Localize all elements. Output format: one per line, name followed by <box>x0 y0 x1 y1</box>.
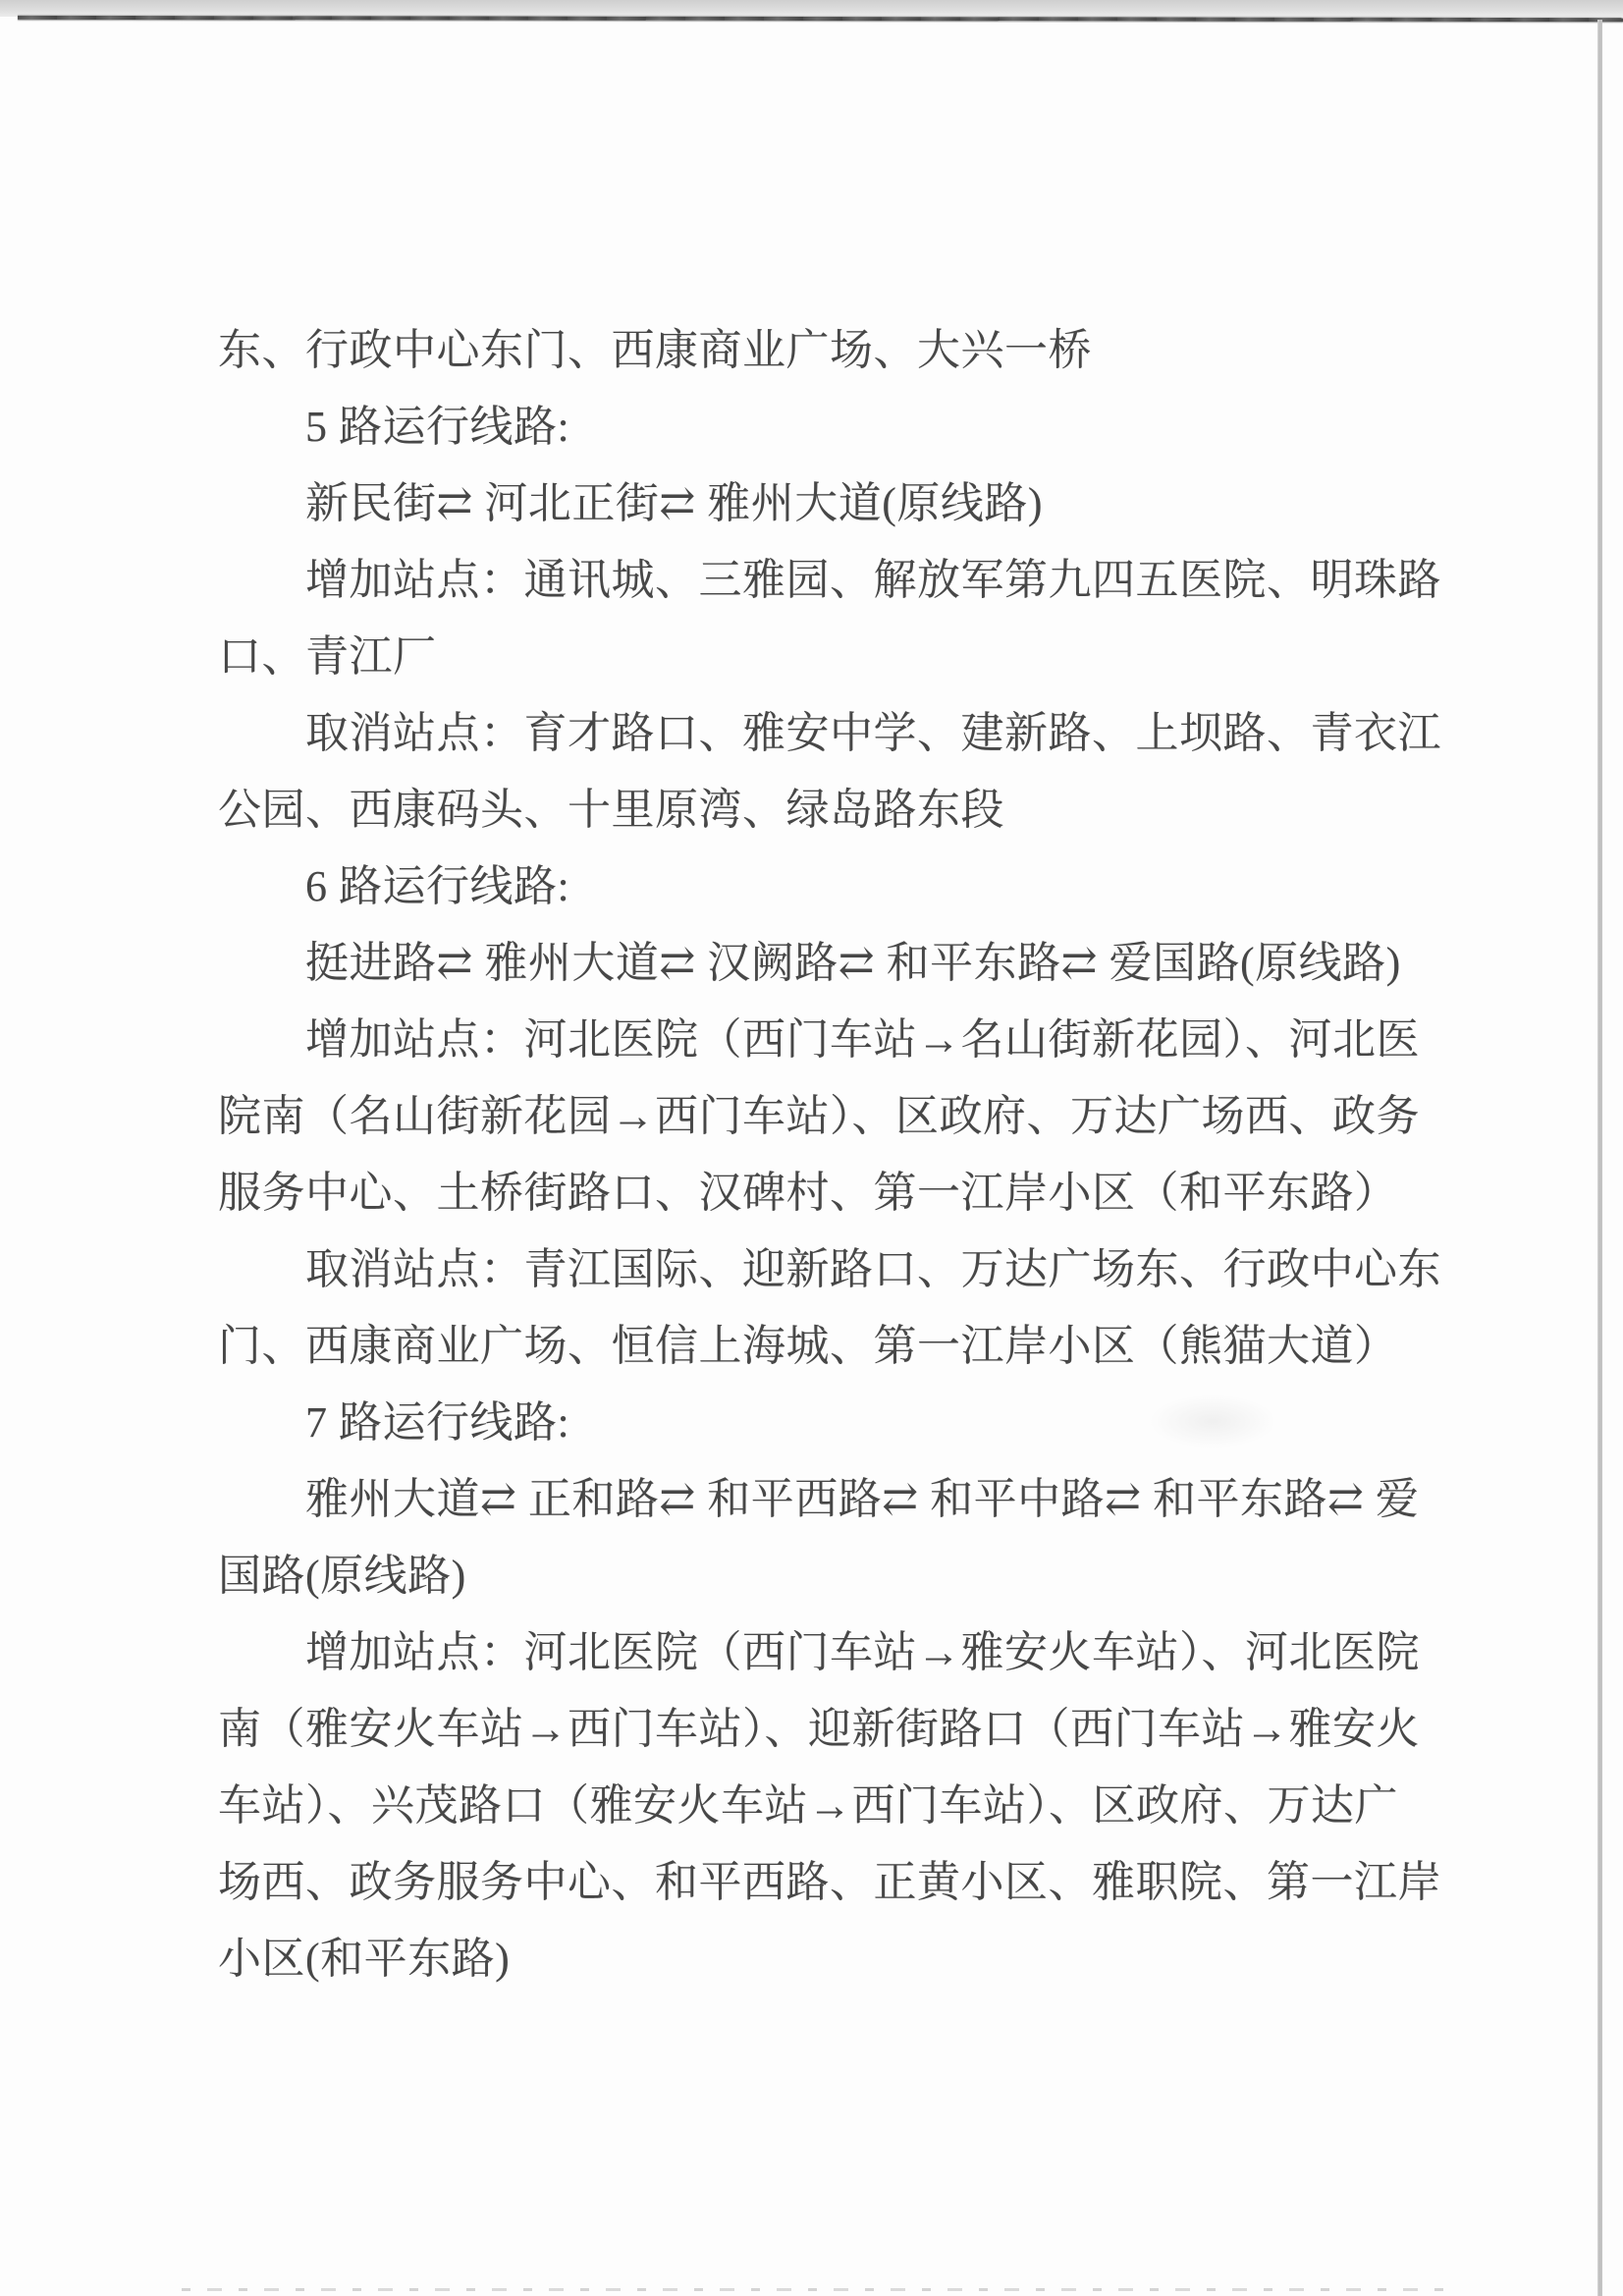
text-line: 服务中心、土桥街路口、汉碑村、第一江岸小区（和平东路） <box>218 1155 1432 1231</box>
scan-top-edge-band <box>0 0 1623 17</box>
text-line: 口、青江厂 <box>218 619 1432 695</box>
text-line-route5-heading: 5 路运行线路: <box>218 389 1432 465</box>
text-line: 东、行政中心东门、西康商业广场、大兴一桥 <box>218 312 1432 389</box>
text-line-route5-removed-stops: 取消站点：育才路口、雅安中学、建新路、上坝路、青衣江 <box>218 695 1432 772</box>
text-line: 场西、政务服务中心、和平西路、正黄小区、雅职院、第一江岸 <box>218 1844 1432 1921</box>
text-line-route7-heading: 7 路运行线路: <box>218 1385 1432 1461</box>
text-line-route6-heading: 6 路运行线路: <box>218 848 1432 925</box>
scan-bottom-dotted-line <box>182 2288 1458 2291</box>
text-line-route7-added-stops: 增加站点：河北医院（西门车站→雅安火车站）、河北医院 <box>218 1614 1432 1691</box>
body-text: 东、行政中心东门、西康商业广场、大兴一桥 5 路运行线路: 新民街⇄ 河北正街⇄… <box>218 312 1432 1997</box>
text-line-route5-added-stops: 增加站点：通讯城、三雅园、解放军第九四五医院、明珠路 <box>218 542 1432 619</box>
text-line: 国路(原线路) <box>218 1538 1432 1614</box>
scan-right-edge-line <box>1597 20 1602 2296</box>
text-line: 南（雅安火车站→西门车站）、迎新街路口（西门车站→雅安火 <box>218 1691 1432 1768</box>
text-line: 门、西康商业广场、恒信上海城、第一江岸小区（熊猫大道） <box>218 1308 1432 1385</box>
text-line-route6-route: 挺进路⇄ 雅州大道⇄ 汉阙路⇄ 和平东路⇄ 爱国路(原线路) <box>218 925 1432 1002</box>
text-line-route6-removed-stops: 取消站点：青江国际、迎新路口、万达广场东、行政中心东 <box>218 1231 1432 1308</box>
text-line: 小区(和平东路) <box>218 1921 1432 1997</box>
text-line: 车站）、兴茂路口（雅安火车站→西门车站）、区政府、万达广 <box>218 1768 1432 1844</box>
text-line-route6-added-stops: 增加站点：河北医院（西门车站→名山街新花园）、河北医 <box>218 1002 1432 1078</box>
text-line-route7-route: 雅州大道⇄ 正和路⇄ 和平西路⇄ 和平中路⇄ 和平东路⇄ 爱 <box>218 1461 1432 1538</box>
text-line: 公园、西康码头、十里原湾、绿岛路东段 <box>218 772 1432 848</box>
text-line-route5-route: 新民街⇄ 河北正街⇄ 雅州大道(原线路) <box>218 465 1432 542</box>
text-line: 院南（名山街新花园→西门车站）、区政府、万达广场西、政务 <box>218 1078 1432 1155</box>
